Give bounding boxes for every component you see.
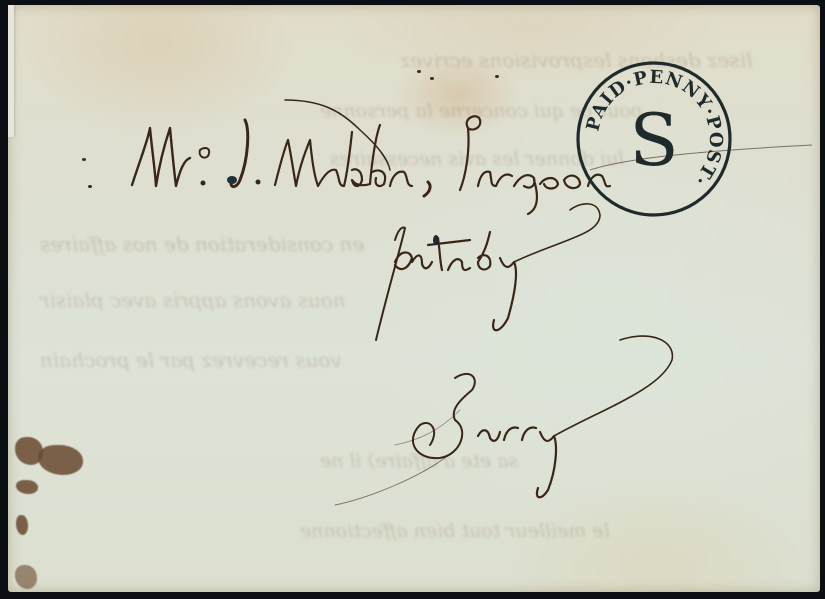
- postmark-stamp: PAID·PENNY·POST· S: [578, 63, 730, 215]
- svg-text:S: S: [629, 98, 678, 182]
- address-handwriting: PAID·PENNY·POST· S: [0, 0, 825, 599]
